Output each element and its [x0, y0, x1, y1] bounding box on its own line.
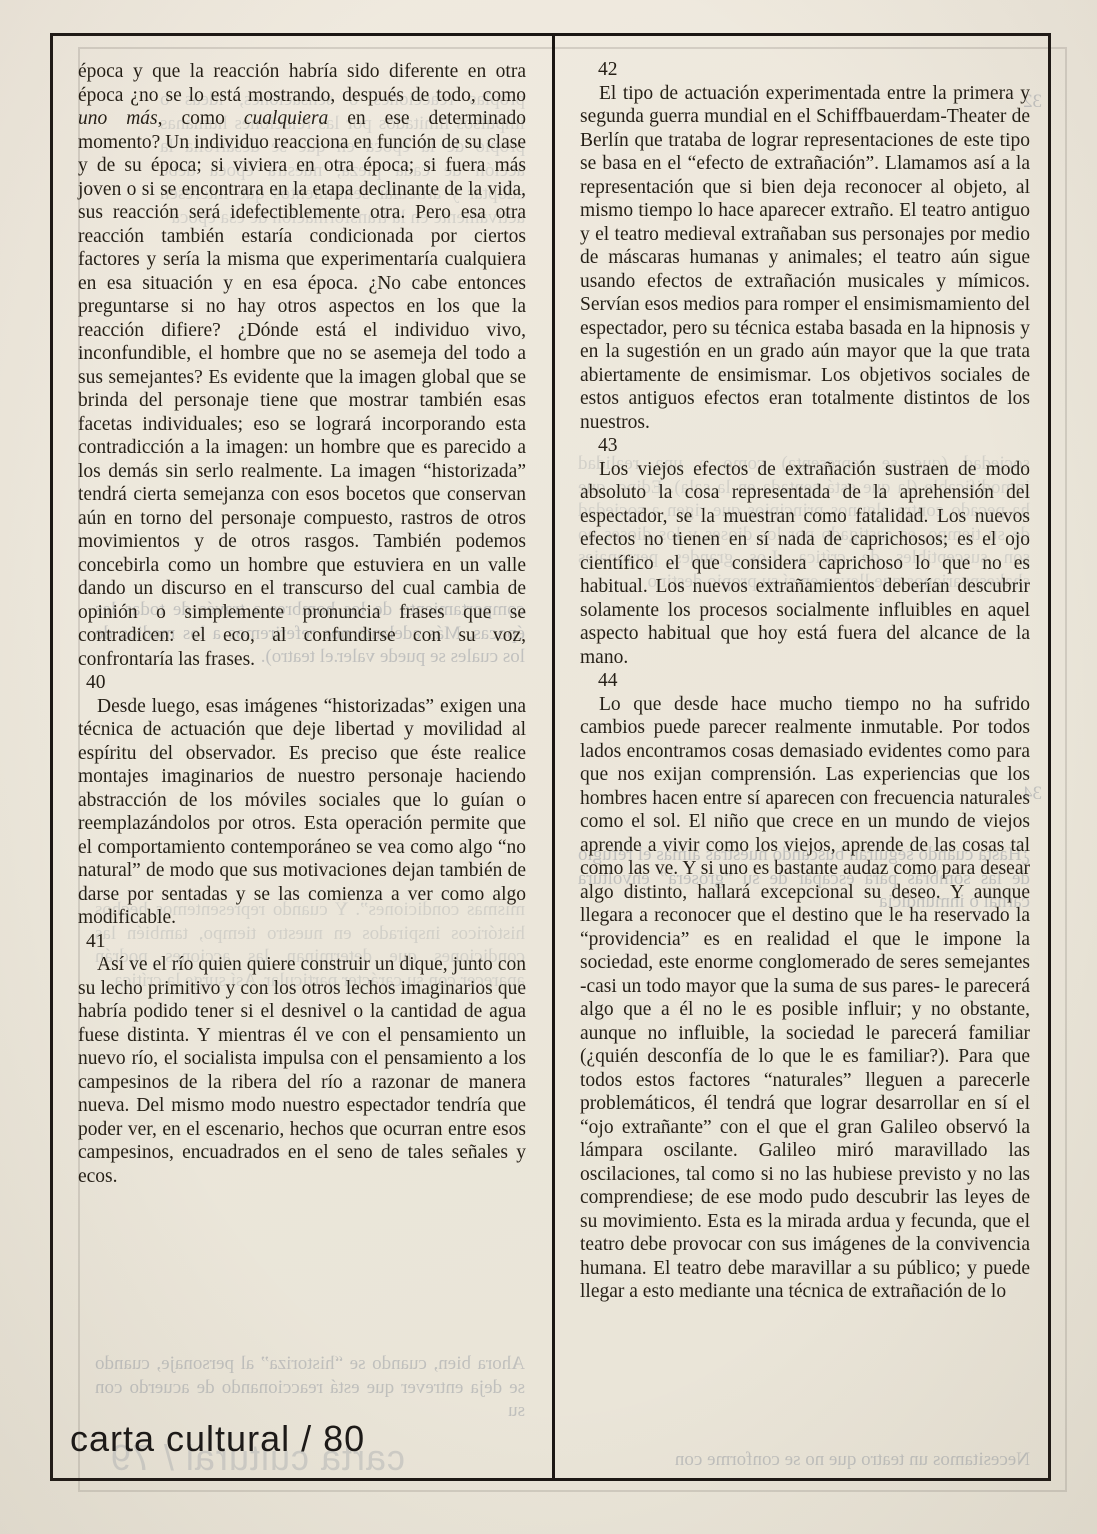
section-number-41: 41	[78, 930, 526, 954]
paragraph-44: Lo que desde hace mucho tiempo no ha suf…	[580, 693, 1030, 1304]
paragraph-42: El tipo de actuación experimentada entre…	[580, 82, 1030, 435]
paragraph-39-continued: época y que la reacción habría sido dife…	[78, 60, 526, 671]
italic-phrase: uno más	[78, 108, 158, 129]
paragraph-text: , como	[158, 108, 244, 129]
paragraph-text: época y que la reacción habría sido dife…	[78, 61, 526, 106]
journal-footer: carta cultural / 80	[70, 1418, 365, 1460]
paragraph-43: Los viejos efectos de extrañación sustra…	[580, 458, 1030, 670]
column-divider	[552, 33, 555, 1478]
paragraph-41: Así ve el río quien quiere construir un …	[78, 953, 526, 1188]
paragraph-40: Desde luego, esas imágenes “historizadas…	[78, 695, 526, 930]
italic-phrase: cualquiera	[244, 108, 328, 129]
section-number-40: 40	[78, 671, 526, 695]
section-number-44: 44	[580, 669, 1030, 693]
section-number-42: 42	[580, 58, 1030, 82]
section-number-43: 43	[580, 434, 1030, 458]
right-column: 42 El tipo de actuación experimentada en…	[580, 58, 1030, 1304]
page: propias reacciones o sensaciones, ideas …	[0, 0, 1097, 1534]
paragraph-text: en ese determinado momento? Un individuo…	[78, 108, 526, 670]
left-column: época y que la reacción habría sido dife…	[78, 60, 526, 1188]
